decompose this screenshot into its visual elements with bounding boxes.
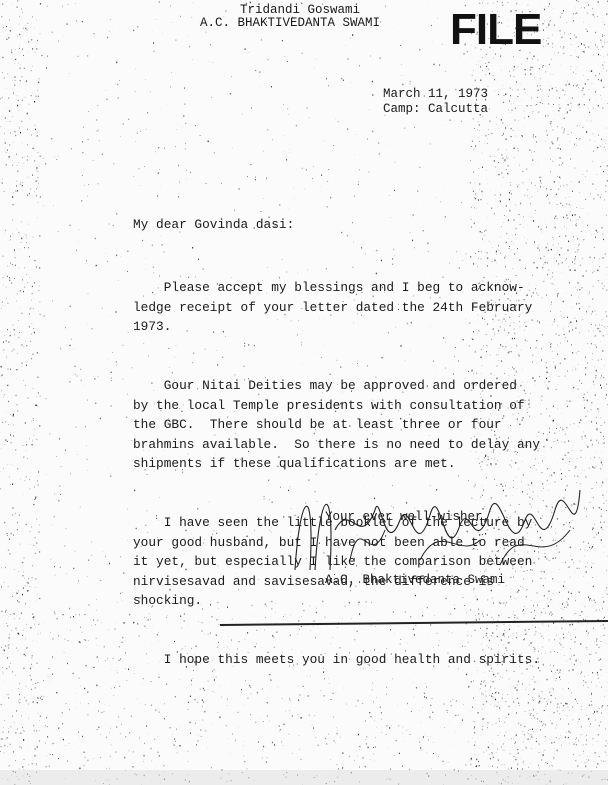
salutation: My dear Govinda dasi: (133, 215, 563, 235)
paragraph: Gour Nitai Deities may be approved and o… (133, 376, 563, 474)
date-block: March 11, 1973 Camp: Calcutta (383, 87, 488, 117)
paragraph: I hope this meets you in good health and… (133, 650, 563, 670)
letter-page: Tridandi Goswami A.C. BHAKTIVEDANTA SWAM… (0, 0, 608, 785)
paragraph: Please accept my blessings and I beg to … (133, 278, 563, 337)
letter-body: My dear Govinda dasi: Please accept my b… (133, 176, 563, 709)
handwritten-signature (290, 470, 590, 590)
letterhead: Tridandi Goswami A.C. BHAKTIVEDANTA SWAM… (200, 4, 380, 30)
letterhead-name: A.C. BHAKTIVEDANTA SWAMI (200, 17, 380, 30)
file-stamp: FILE (450, 8, 541, 52)
signature-name: A.C. Bhaktivedanta Swami (325, 573, 505, 587)
letter-date: March 11, 1973 (383, 87, 488, 102)
letter-place: Camp: Calcutta (383, 102, 488, 117)
closing: Your ever well-wisher, (325, 510, 490, 524)
